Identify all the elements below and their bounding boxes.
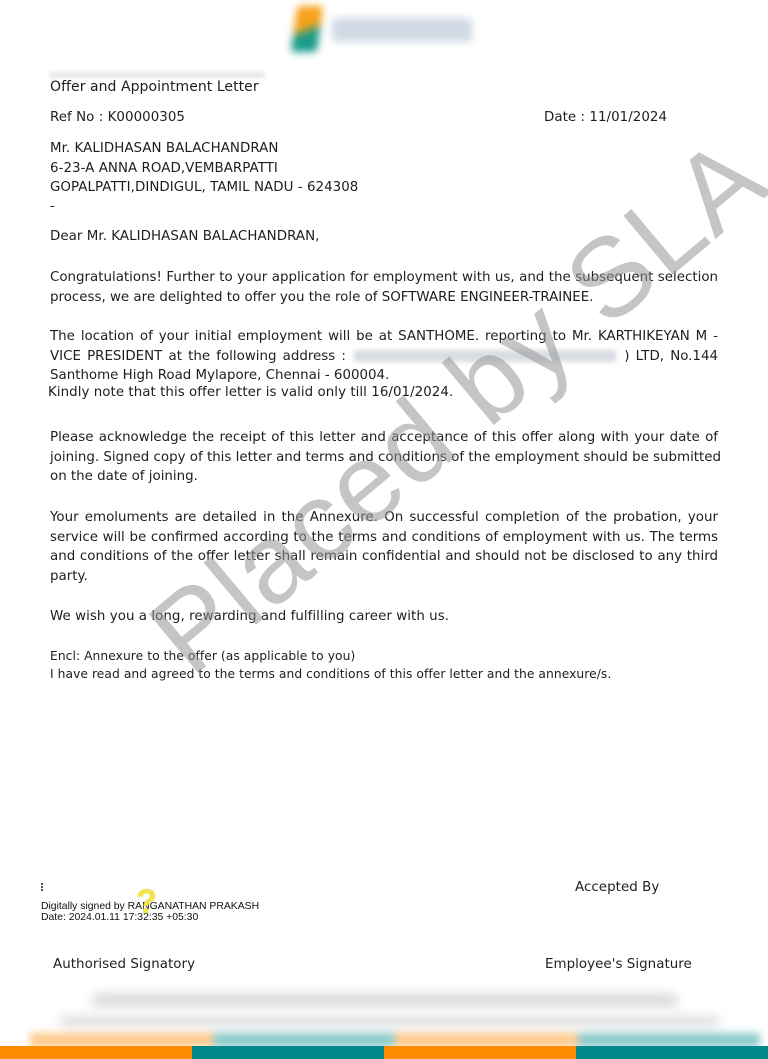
logo-wordmark-redacted <box>332 18 472 42</box>
footer-contact-redacted <box>60 1015 720 1027</box>
employee-signature-label: Employee's Signature <box>545 955 692 975</box>
salutation: Dear Mr. KALIDHASAN BALACHANDRAN, <box>50 227 320 247</box>
signature-marker-icon <box>41 883 46 891</box>
recipient-address-line1: 6-23-A ANNA ROAD,VEMBARPATTI <box>50 159 278 179</box>
recipient-address-line3: - <box>50 197 55 217</box>
recipient-address-line2: GOPALPATTI,DINDIGUL, TAMIL NADU - 624308 <box>50 178 358 198</box>
authorised-signatory-label: Authorised Signatory <box>53 955 195 975</box>
recipient-name: Mr. KALIDHASAN BALACHANDRAN <box>50 139 278 159</box>
document-title: Offer and Appointment Letter <box>50 78 259 98</box>
footer-gradient <box>30 1033 760 1047</box>
footer-bar-orange <box>384 1046 576 1059</box>
logo-mark-icon <box>291 6 323 52</box>
address-suffix: ) LTD, No.144 <box>624 349 718 364</box>
address-prefix: VICE PRESIDENT at the following address … <box>50 349 346 364</box>
footer-bar-orange <box>0 1046 192 1059</box>
accepted-by-label: Accepted By <box>575 878 659 898</box>
agreement-statement: I have read and agreed to the terms and … <box>50 666 611 683</box>
footer-address-redacted <box>92 993 678 1007</box>
company-logo <box>288 4 478 54</box>
footer-bar-teal <box>192 1046 384 1059</box>
signature-validity-question-icon[interactable]: ? <box>136 882 157 922</box>
reference-number: Ref No : K00000305 <box>50 108 185 128</box>
footer-bar-teal <box>576 1046 768 1059</box>
digital-signature-date: Date: 2024.01.11 17:32:35 +05:30 <box>41 912 198 923</box>
letter-date: Date : 11/01/2024 <box>544 108 667 128</box>
footer-color-bar <box>0 1046 768 1059</box>
